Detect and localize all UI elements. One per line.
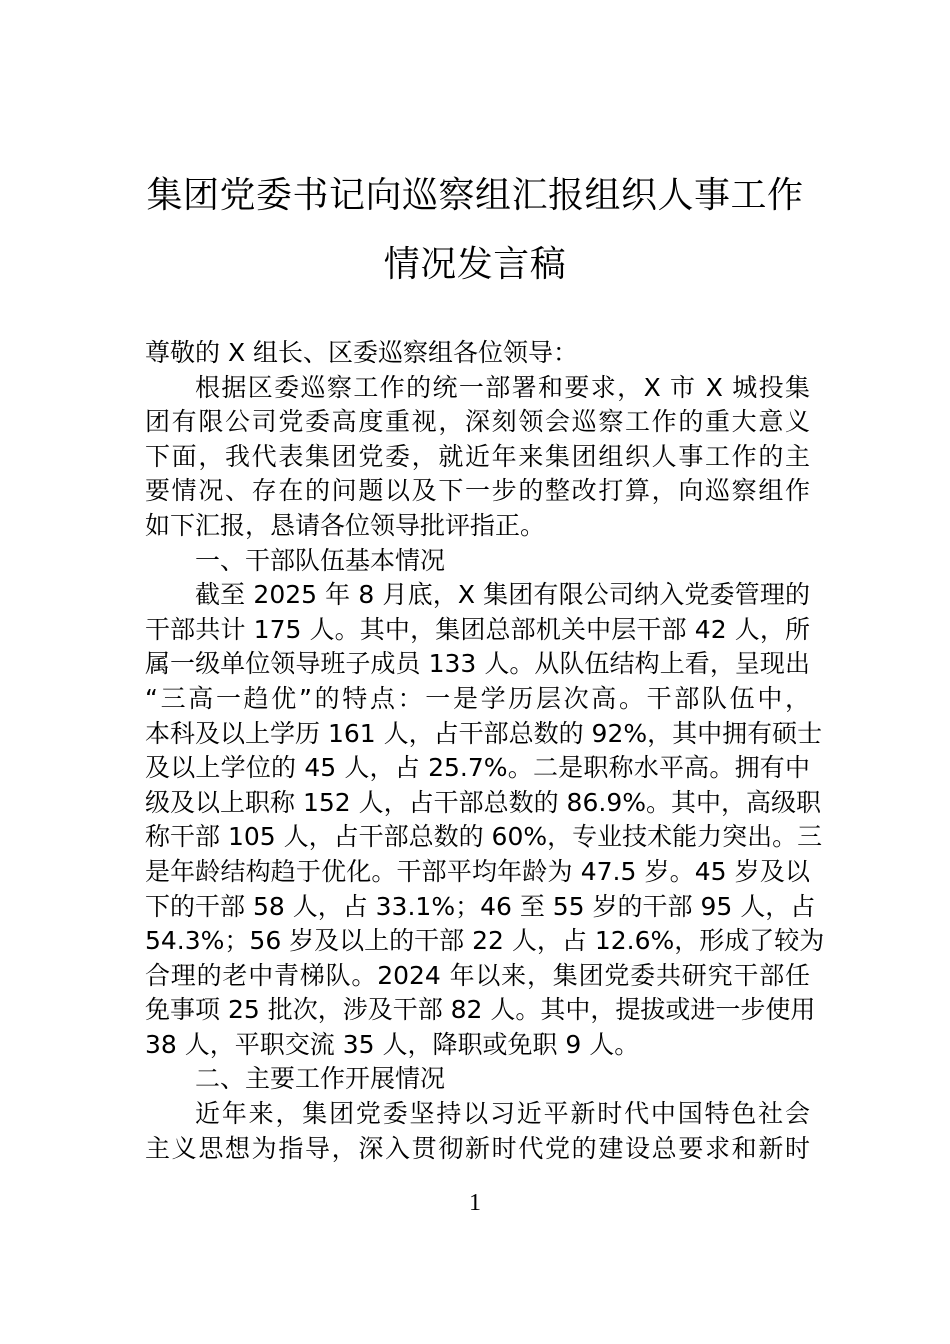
paragraph-cadre-line: “三高一趋优”的特点：一是学历层次高。干部队伍中，: [145, 682, 810, 717]
paragraph-cadre-line: 级及以上职称 152 人，占干部总数的 86.9%。其中，高级职: [145, 786, 810, 821]
paragraph-intro-line: 根据区委巡察工作的统一部署和要求，X 市 X 城投集: [145, 371, 810, 406]
document-body: 尊敬的 X 组长、区委巡察组各位领导： 根据区委巡察工作的统一部署和要求，X 市…: [145, 336, 810, 1166]
paragraph-cadre-line: 38 人，平职交流 35 人，降职或免职 9 人。: [145, 1028, 810, 1063]
paragraph-cadre-line: 54.3%；56 岁及以上的干部 22 人，占 12.6%，形成了较为: [145, 924, 810, 959]
section-heading-1: 一、干部队伍基本情况: [145, 544, 810, 579]
paragraph-work-line: 主义思想为指导，深入贯彻新时代党的建设总要求和新时: [145, 1132, 810, 1167]
document-title-line-2: 情况发言稿: [0, 243, 950, 287]
paragraph-cadre-line: 合理的老中青梯队。2024 年以来，集团党委共研究干部任: [145, 959, 810, 994]
paragraph-intro-line: 团有限公司党委高度重视，深刻领会巡察工作的重大意义: [145, 405, 810, 440]
paragraph-cadre-line: 本科及以上学历 161 人，占干部总数的 92%，其中拥有硕士: [145, 717, 810, 752]
paragraph-cadre-line: 下的干部 58 人，占 33.1%；46 至 55 岁的干部 95 人，占: [145, 890, 810, 925]
paragraph-cadre-line: 免事项 25 批次，涉及干部 82 人。其中，提拔或进一步使用: [145, 993, 810, 1028]
salutation: 尊敬的 X 组长、区委巡察组各位领导：: [145, 336, 810, 371]
paragraph-cadre-line: 属一级单位领导班子成员 133 人。从队伍结构上看，呈现出: [145, 647, 810, 682]
section-heading-2: 二、主要工作开展情况: [145, 1062, 810, 1097]
paragraph-intro-line: 下面，我代表集团党委，就近年来集团组织人事工作的主: [145, 440, 810, 475]
document-page: 集团党委书记向巡察组汇报组织人事工作 情况发言稿 尊敬的 X 组长、区委巡察组各…: [0, 0, 950, 1344]
paragraph-intro-line: 要情况、存在的问题以及下一步的整改打算，向巡察组作: [145, 474, 810, 509]
paragraph-cadre-line: 称干部 105 人，占干部总数的 60%，专业技术能力突出。三: [145, 820, 810, 855]
paragraph-cadre-line: 及以上学位的 45 人，占 25.7%。二是职称水平高。拥有中: [145, 751, 810, 786]
paragraph-work-line: 近年来，集团党委坚持以习近平新时代中国特色社会: [145, 1097, 810, 1132]
paragraph-cadre-line: 截至 2025 年 8 月底，X 集团有限公司纳入党委管理的: [145, 578, 810, 613]
document-title-line-1: 集团党委书记向巡察组汇报组织人事工作: [0, 174, 950, 218]
paragraph-cadre-line: 干部共计 175 人。其中，集团总部机关中层干部 42 人，所: [145, 613, 810, 648]
paragraph-intro-line: 如下汇报，恳请各位领导批评指正。: [145, 509, 810, 544]
page-number: 1: [0, 1188, 950, 1218]
paragraph-cadre-line: 是年龄结构趋于优化。干部平均年龄为 47.5 岁。45 岁及以: [145, 855, 810, 890]
